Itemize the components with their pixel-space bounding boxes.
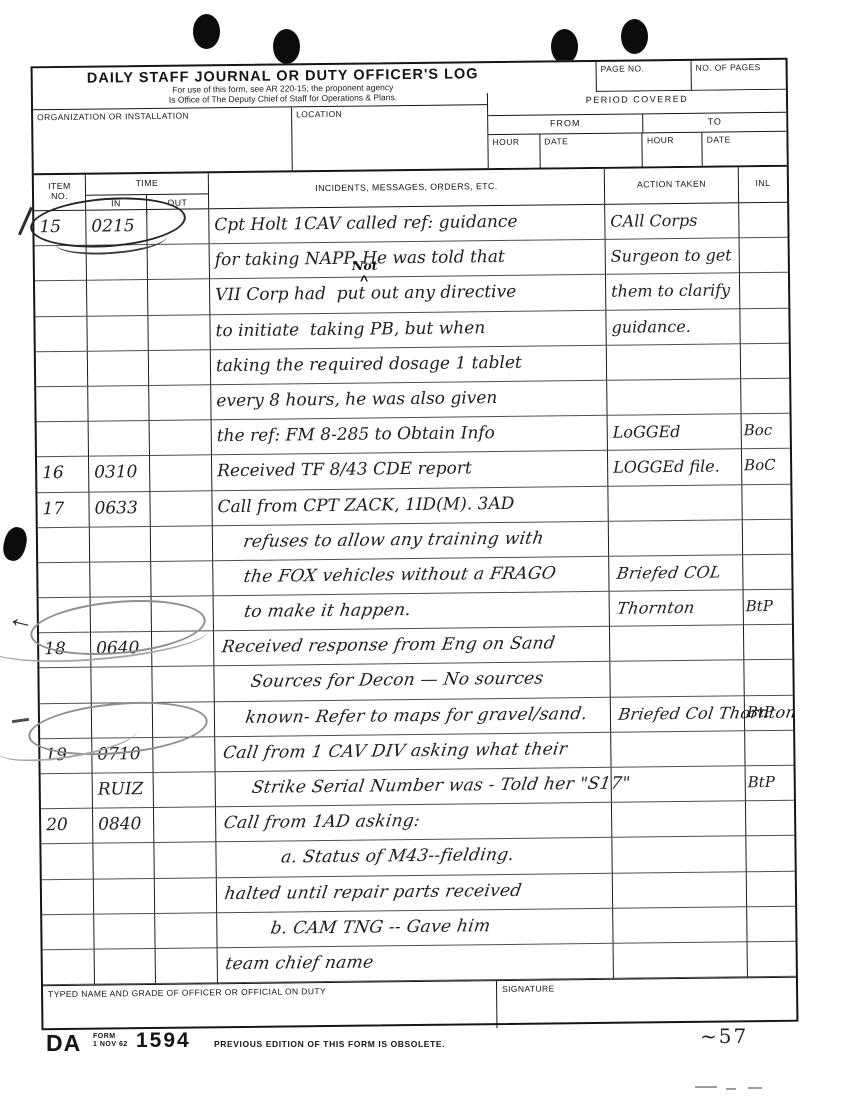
item-no-cell xyxy=(36,387,88,423)
time-in-cell: 0310 xyxy=(89,456,150,492)
page-no-box: PAGE NO. xyxy=(596,61,691,92)
action-taken-cell: Thornton xyxy=(610,590,744,627)
time-in-cell xyxy=(94,914,155,950)
incident-cell: every 8 hours, he was also given xyxy=(211,381,607,421)
action-taken-cell: Briefed Col Thornton xyxy=(611,696,745,733)
incident-cell: Call from CPT ZACK, 1ID(M). 3AD xyxy=(212,486,608,526)
time-in-cell xyxy=(95,949,156,985)
hole-punch-dot xyxy=(551,29,578,64)
action-taken-cell: LoGGEd xyxy=(608,414,742,451)
obsolete-note: PREVIOUS EDITION OF THIS FORM IS OBSOLET… xyxy=(214,1039,445,1049)
to-label: TO xyxy=(643,113,786,133)
time-out-cell xyxy=(151,526,213,562)
time-out-cell xyxy=(148,244,210,280)
time-in-cell: 0840 xyxy=(93,808,154,844)
incident-cell: halted until repair parts received xyxy=(217,873,613,913)
time-out-cell xyxy=(154,807,216,843)
title-block: DAILY STAFF JOURNAL OR DUTY OFFICER'S LO… xyxy=(33,63,533,111)
incident-cell: b. CAM TNG -- Gave him xyxy=(217,909,613,949)
incident-cell: Sources for Decon — No sources xyxy=(214,662,610,702)
scanned-page: DAILY STAFF JOURNAL OR DUTY OFFICER'S LO… xyxy=(0,0,864,1104)
initials-cell xyxy=(739,203,787,239)
item-no-cell xyxy=(39,668,91,704)
incident-cell: Call from 1AD asking: xyxy=(216,803,612,843)
time-in-cell xyxy=(90,562,151,598)
initials-cell xyxy=(741,379,789,415)
form-number: 1594 xyxy=(136,1029,191,1053)
incident-cell: known- Refer to maps for gravel/sand. xyxy=(215,697,611,737)
page-number: ~57 xyxy=(700,1024,748,1048)
initials-cell: BoC xyxy=(742,449,790,485)
time-in-cell xyxy=(89,421,150,457)
incident-cell: to initiate taking PB, but when xyxy=(210,310,606,350)
initials-cell xyxy=(746,836,794,872)
time-out-cell xyxy=(148,280,210,316)
initials-cell xyxy=(743,555,791,591)
time-out-cell xyxy=(155,878,217,914)
incident-cell: the ref: FM 8-285 to Obtain Info xyxy=(212,416,608,456)
location-label: LOCATION xyxy=(292,105,487,119)
scan-speck xyxy=(695,1086,717,1088)
initials-cell xyxy=(747,871,795,907)
item-no-cell xyxy=(38,527,90,563)
initials-cell xyxy=(744,660,792,696)
incident-cell: for taking NAPP. He was told that xyxy=(210,240,606,280)
item-no-cell xyxy=(42,879,94,915)
col-header-action-taken: ACTION TAKEN xyxy=(605,167,739,204)
time-out-cell xyxy=(152,667,214,703)
item-no-cell: 17 xyxy=(37,492,89,528)
action-taken-cell: guidance. xyxy=(606,309,740,346)
typed-name-box: TYPED NAME AND GRADE OF OFFICER OR OFFIC… xyxy=(43,981,498,1033)
item-no-cell xyxy=(36,351,88,387)
hole-punch-dot xyxy=(621,19,648,54)
time-out-cell xyxy=(156,948,218,984)
initials-cell: BtP xyxy=(746,766,794,802)
time-out-cell xyxy=(154,843,216,879)
incident-cell: Cpt Holt 1CAV called ref: guidance xyxy=(209,205,605,245)
time-out-cell xyxy=(148,315,210,351)
initials-cell xyxy=(747,906,795,942)
hole-punch-blob xyxy=(0,525,30,563)
scan-speck xyxy=(748,1087,762,1089)
time-out-cell xyxy=(150,456,212,492)
time-out-cell xyxy=(150,420,212,456)
initials-cell xyxy=(740,308,788,344)
incident-cell: to make it happen. xyxy=(214,592,610,632)
time-in-cell: RUIZ xyxy=(93,773,154,809)
col-header-incidents: INCIDENTS, MESSAGES, ORDERS, ETC. xyxy=(209,169,605,208)
hole-punch-dot xyxy=(193,14,220,49)
incident-cell: Received TF 8/43 CDE report xyxy=(212,451,608,491)
time-out-cell xyxy=(150,491,212,527)
location-box: LOCATION xyxy=(291,105,488,170)
action-taken-cell xyxy=(610,626,744,663)
form-id-line: DA FORM 1 NOV 62 1594 PREVIOUS EDITION O… xyxy=(46,1030,836,1064)
from-date-label: DATE xyxy=(540,133,643,168)
action-taken-cell: them to clarify xyxy=(606,274,740,311)
time-out-cell xyxy=(151,561,213,597)
action-taken-cell xyxy=(613,872,747,909)
log-entries-table: 15 0215 Cpt Holt 1CAV called ref: guidan… xyxy=(34,203,796,986)
time-in-cell xyxy=(91,667,152,703)
form-footer: TYPED NAME AND GRADE OF OFFICER OR OFFIC… xyxy=(43,977,796,1034)
item-no-cell xyxy=(37,422,89,458)
incident-cell: VII Corp had put out any directive xyxy=(210,275,606,315)
time-out-cell xyxy=(154,772,216,808)
action-taken-cell: LOGGEd file. xyxy=(608,450,742,487)
time-out-cell xyxy=(149,385,211,421)
incident-cell: team chief name xyxy=(218,944,614,984)
no-of-pages-label: NO. OF PAGES xyxy=(692,60,786,73)
initials-cell xyxy=(740,238,788,274)
item-no-cell: 16 xyxy=(37,457,89,493)
time-in-cell: 0633 xyxy=(89,491,150,527)
initials-cell xyxy=(745,731,793,767)
to-date-label: DATE xyxy=(703,132,787,167)
period-covered-box: PERIOD COVERED FROM TO HOUR DATE HOUR DA… xyxy=(487,90,787,168)
incident-cell: taking the required dosage 1 tablet xyxy=(211,346,607,386)
item-no-cell xyxy=(35,316,87,352)
item-no-cell xyxy=(38,563,90,599)
from-label: FROM xyxy=(488,114,643,134)
col-header-inl: INL xyxy=(739,167,787,203)
item-no-cell xyxy=(42,914,94,950)
da-label: DA xyxy=(46,1030,81,1057)
action-taken-cell xyxy=(607,379,741,416)
action-taken-cell: Briefed COL xyxy=(609,555,743,592)
item-no-cell: 20 xyxy=(41,809,93,845)
form-word-and-date: FORM 1 NOV 62 xyxy=(93,1033,128,1048)
initials-cell: Boc xyxy=(742,414,790,450)
action-taken-cell: Surgeon to get xyxy=(606,238,740,275)
action-taken-cell xyxy=(608,485,742,522)
from-hour-label: HOUR xyxy=(488,135,540,170)
period-covered-label: PERIOD COVERED xyxy=(488,90,786,116)
form-header: DAILY STAFF JOURNAL OR DUTY OFFICER'S LO… xyxy=(33,60,787,176)
to-hour-label: HOUR xyxy=(643,133,703,168)
action-taken-cell xyxy=(607,344,741,381)
page-no-label: PAGE NO. xyxy=(597,61,691,74)
initials-cell xyxy=(744,625,792,661)
action-taken-cell xyxy=(612,801,746,838)
action-taken-cell xyxy=(611,731,745,768)
incident-cell: Received response from Eng on Sand xyxy=(214,627,610,667)
no-of-pages-box: NO. OF PAGES xyxy=(691,60,786,91)
action-taken-cell xyxy=(614,942,748,979)
time-in-cell xyxy=(93,843,154,879)
organization-label: ORGANIZATION OR INSTALLATION xyxy=(33,107,291,122)
initials-cell xyxy=(742,484,790,520)
action-taken-cell: CAll Corps xyxy=(605,203,739,240)
organization-box: ORGANIZATION OR INSTALLATION xyxy=(33,107,292,173)
caret-mark: ^ xyxy=(360,272,368,288)
time-in-cell xyxy=(88,386,149,422)
initials-cell xyxy=(743,519,791,555)
item-no-cell xyxy=(43,950,95,986)
time-out-cell xyxy=(149,350,211,386)
item-no-cell xyxy=(41,774,93,810)
item-no-cell xyxy=(41,844,93,880)
incident-cell: Call from 1 CAV DIV asking what their xyxy=(215,733,611,773)
hole-punch-dot xyxy=(273,29,300,64)
incident-cell: the FOX vehicles without a FRAGO xyxy=(213,557,609,597)
time-in-cell xyxy=(90,527,151,563)
incident-cell: Strike Serial Number was - Told her "S17… xyxy=(216,768,612,808)
action-taken-cell xyxy=(609,520,743,557)
initials-cell xyxy=(741,343,789,379)
incident-cell: a. Status of M43--fielding. xyxy=(216,838,612,878)
time-in-cell xyxy=(94,879,155,915)
initials-cell xyxy=(748,942,796,978)
time-in-cell xyxy=(87,280,148,316)
action-taken-cell xyxy=(612,837,746,874)
margin-dash-mark xyxy=(12,718,29,723)
item-no-cell xyxy=(35,281,87,317)
time-in-cell xyxy=(88,351,149,387)
incident-cell: refuses to allow any training with xyxy=(213,521,609,561)
time-in-cell xyxy=(87,316,148,352)
initials-cell: BtP xyxy=(744,590,792,626)
action-taken-cell xyxy=(613,907,747,944)
time-out-cell xyxy=(155,913,217,949)
action-taken-cell xyxy=(610,661,744,698)
initials-cell xyxy=(740,273,788,309)
signature-box: SIGNATURE xyxy=(497,978,797,1028)
scan-speck xyxy=(726,1088,736,1090)
initials-cell xyxy=(746,801,794,837)
inserted-word-not: Not xyxy=(352,258,378,273)
